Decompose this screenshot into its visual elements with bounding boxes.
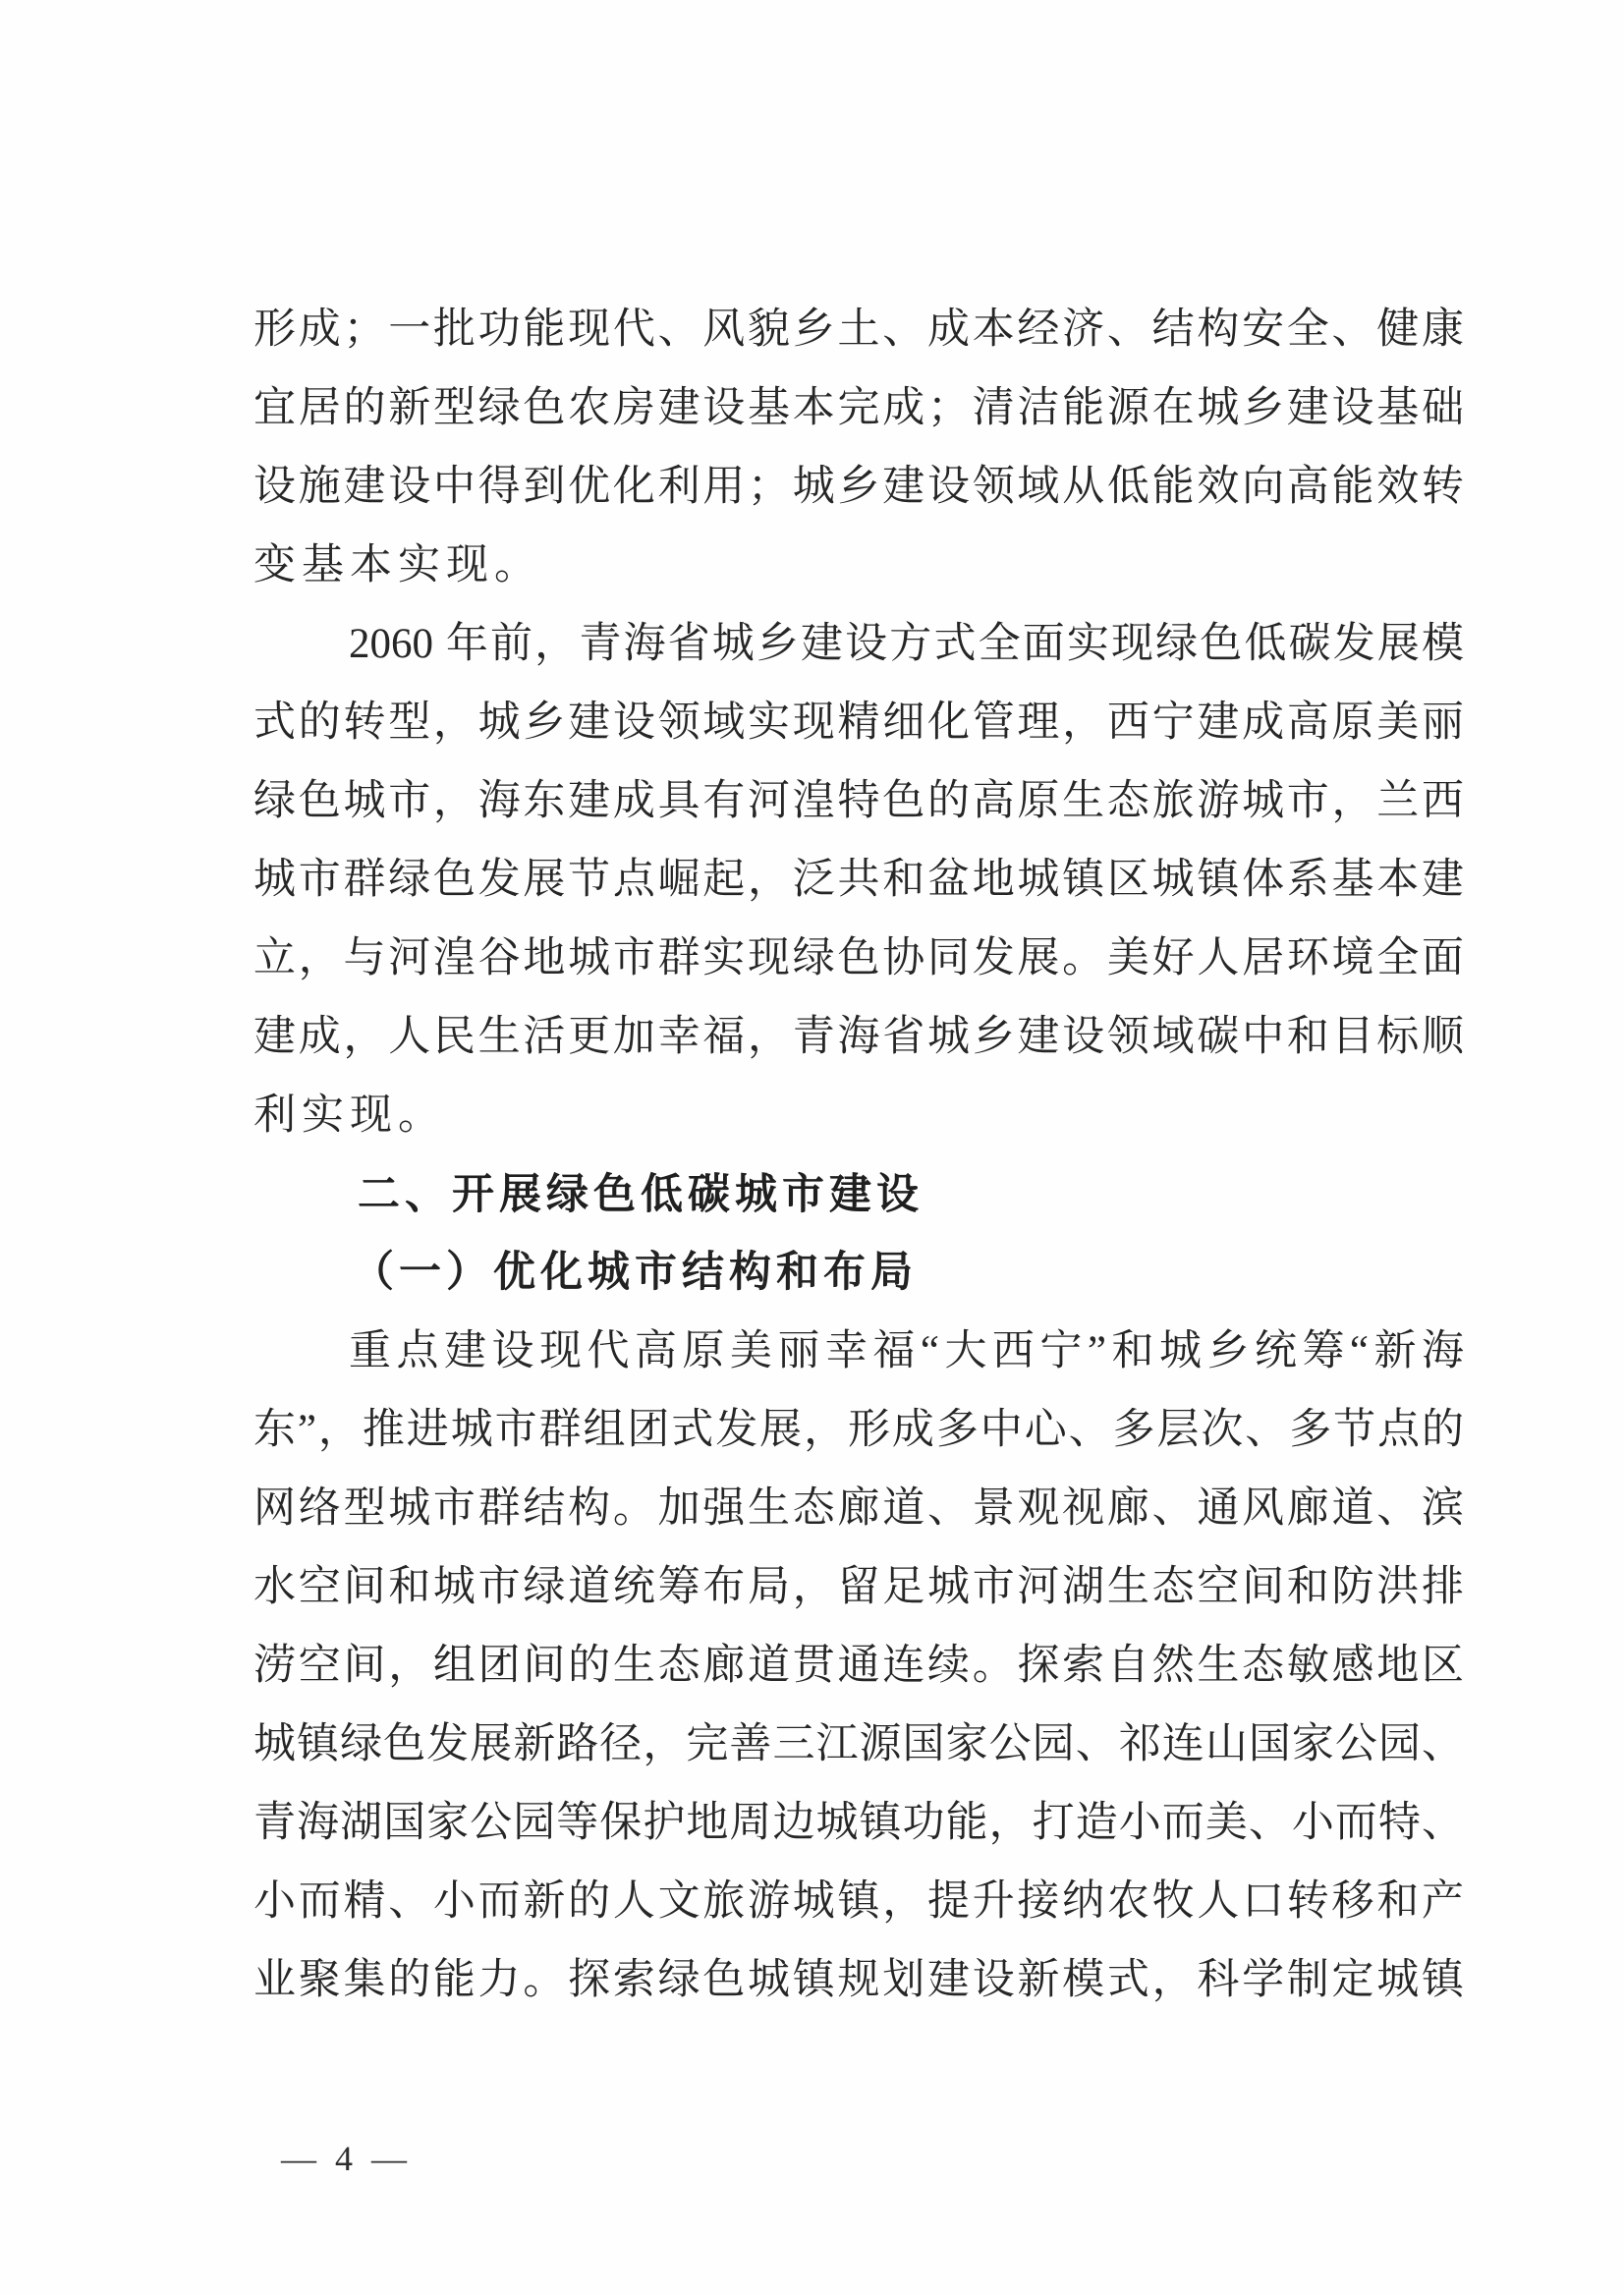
text-line: 变基本实现。 [253,527,1464,605]
text-line: 立，与河湟谷地城市群实现绿色协同发展。美好人居环境全面 [253,920,1464,998]
text-line: 2060 年前，青海省城乡建设方式全面实现绿色低碳发展模 [253,605,1464,684]
text-line: 宜居的新型绿色农房建设基本完成；清洁能源在城乡建设基础 [253,369,1464,448]
page-number: — 4 — [281,2138,412,2179]
text-line: 网络型城市群结构。加强生态廊道、景观视廊、通风廊道、滨 [253,1470,1464,1548]
text-line: 重点建设现代高原美丽幸福“大西宁”和城乡统筹“新海 [253,1313,1464,1391]
text-line: 业聚集的能力。探索绿色城镇规划建设新模式，科学制定城镇 [253,1941,1464,2020]
text-line: 城镇绿色发展新路径，完善三江源国家公园、祁连山国家公园、 [253,1706,1464,1784]
text-line: 涝空间，组团间的生态廊道贯通连续。探索自然生态敏感地区 [253,1627,1464,1706]
body-text: 形成；一批功能现代、风貌乡土、成本经济、结构安全、健康 宜居的新型绿色农房建设基… [253,291,1464,2020]
section-heading: 二、开展绿色低碳城市建设 [253,1155,1464,1234]
subsection-heading: （一）优化城市结构和布局 [253,1234,1464,1313]
text-line: 式的转型，城乡建设领域实现精细化管理，西宁建成高原美丽 [253,684,1464,762]
text-line: 设施建设中得到优化利用；城乡建设领域从低能效向高能效转 [253,448,1464,527]
text-line: 利实现。 [253,1077,1464,1155]
text-line: 东”，推进城市群组团式发展，形成多中心、多层次、多节点的 [253,1391,1464,1470]
text-line: 城市群绿色发展节点崛起，泛共和盆地城镇区城镇体系基本建 [253,841,1464,920]
document-page: 形成；一批功能现代、风貌乡土、成本经济、结构安全、健康 宜居的新型绿色农房建设基… [0,0,1624,2295]
text-line: 建成，人民生活更加幸福，青海省城乡建设领域碳中和目标顺 [253,998,1464,1077]
text-line: 青海湖国家公园等保护地周边城镇功能，打造小而美、小而特、 [253,1784,1464,1863]
text-line: 绿色城市，海东建成具有河湟特色的高原生态旅游城市，兰西 [253,762,1464,841]
text-line: 小而精、小而新的人文旅游城镇，提升接纳农牧人口转移和产 [253,1863,1464,1941]
text-line: 形成；一批功能现代、风貌乡土、成本经济、结构安全、健康 [253,291,1464,369]
text-line: 水空间和城市绿道统筹布局，留足城市河湖生态空间和防洪排 [253,1548,1464,1627]
